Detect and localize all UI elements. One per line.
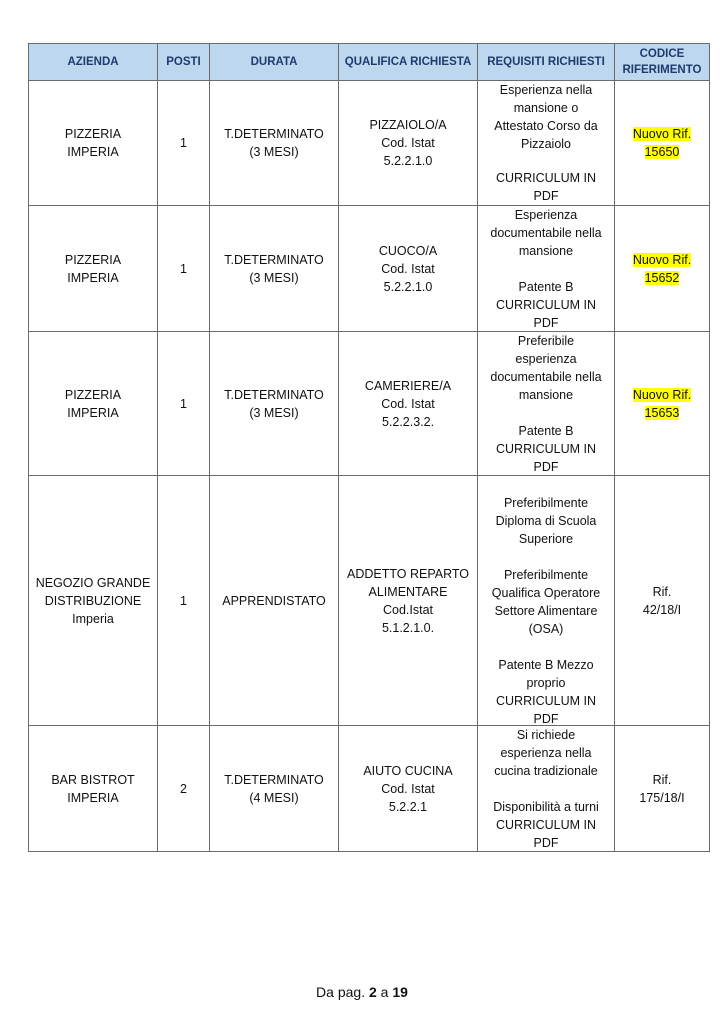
cell-durata: T.DETERMINATO (4 MESI) xyxy=(210,726,339,852)
footer-middle: a xyxy=(377,984,393,1000)
header-azienda: AZIENDA xyxy=(29,44,158,81)
cell-posti: 1 xyxy=(158,476,210,726)
cell-requisiti: Esperienza nella mansione o Attestato Co… xyxy=(478,81,615,206)
cell-durata: T.DETERMINATO (3 MESI) xyxy=(210,206,339,332)
codice-riferimento: Nuovo Rif. 15653 xyxy=(633,388,691,420)
page-footer: Da pag. 2 a 19 xyxy=(0,984,724,1000)
cell-qualifica: CAMERIERE/A Cod. Istat 5.2.2.3.2. xyxy=(339,332,478,476)
table-row: PIZZERIA IMPERIA 1 T.DETERMINATO (3 MESI… xyxy=(29,81,710,206)
cell-durata: APPRENDISTATO xyxy=(210,476,339,726)
table-row: PIZZERIA IMPERIA 1 T.DETERMINATO (3 MESI… xyxy=(29,332,710,476)
cell-durata: T.DETERMINATO (3 MESI) xyxy=(210,332,339,476)
header-codice: CODICE RIFERIMENTO xyxy=(615,44,710,81)
requisiti-curriculum: CURRICULUM IN PDF xyxy=(482,296,610,332)
table-row: NEGOZIO GRANDE DISTRIBUZIONE Imperia 1 A… xyxy=(29,476,710,726)
cell-qualifica: PIZZAIOLO/A Cod. Istat 5.2.2.1.0 xyxy=(339,81,478,206)
cell-azienda: PIZZERIA IMPERIA xyxy=(29,332,158,476)
requisiti-text: Preferibile esperienza documentabile nel… xyxy=(482,332,610,440)
requisiti-curriculum: CURRICULUM IN PDF xyxy=(482,816,610,852)
requisiti-curriculum: CURRICULUM IN PDF xyxy=(482,169,610,205)
codice-riferimento: Nuovo Rif. 15652 xyxy=(633,253,691,285)
requisiti-text: Esperienza nella mansione o Attestato Co… xyxy=(482,81,610,153)
job-offers-table: AZIENDA POSTI DURATA QUALIFICA RICHIESTA… xyxy=(28,43,710,852)
cell-azienda: PIZZERIA IMPERIA xyxy=(29,81,158,206)
cell-azienda: PIZZERIA IMPERIA xyxy=(29,206,158,332)
cell-requisiti: Esperienza documentabile nella mansione … xyxy=(478,206,615,332)
requisiti-text: Si richiede esperienza nella cucina trad… xyxy=(482,726,610,816)
cell-codice: Nuovo Rif. 15650 xyxy=(615,81,710,206)
cell-azienda: NEGOZIO GRANDE DISTRIBUZIONE Imperia xyxy=(29,476,158,726)
cell-requisiti: Preferibile esperienza documentabile nel… xyxy=(478,332,615,476)
requisiti-curriculum: CURRICULUM IN PDF xyxy=(482,692,610,728)
cell-requisiti: Preferibilmente Diploma di Scuola Superi… xyxy=(478,476,615,726)
cell-posti: 1 xyxy=(158,81,210,206)
footer-prefix: Da pag. xyxy=(316,984,369,1000)
cell-codice: Nuovo Rif. 15652 xyxy=(615,206,710,332)
table-row: BAR BISTROT IMPERIA 2 T.DETERMINATO (4 M… xyxy=(29,726,710,852)
total-pages-number: 19 xyxy=(392,984,408,1000)
cell-posti: 1 xyxy=(158,332,210,476)
cell-qualifica: CUOCO/A Cod. Istat 5.2.2.1.0 xyxy=(339,206,478,332)
cell-qualifica: ADDETTO REPARTO ALIMENTARE Cod.Istat 5.1… xyxy=(339,476,478,726)
cell-azienda: BAR BISTROT IMPERIA xyxy=(29,726,158,852)
codice-riferimento: Nuovo Rif. 15650 xyxy=(633,127,691,159)
header-posti: POSTI xyxy=(158,44,210,81)
cell-codice: Nuovo Rif. 15653 xyxy=(615,332,710,476)
cell-requisiti: Si richiede esperienza nella cucina trad… xyxy=(478,726,615,852)
requisiti-curriculum: CURRICULUM IN PDF xyxy=(482,440,610,476)
cell-posti: 2 xyxy=(158,726,210,852)
header-qualifica: QUALIFICA RICHIESTA xyxy=(339,44,478,81)
current-page-number: 2 xyxy=(369,984,377,1000)
cell-qualifica: AIUTO CUCINA Cod. Istat 5.2.2.1 xyxy=(339,726,478,852)
table-header-row: AZIENDA POSTI DURATA QUALIFICA RICHIESTA… xyxy=(29,44,710,81)
cell-durata: T.DETERMINATO (3 MESI) xyxy=(210,81,339,206)
header-durata: DURATA xyxy=(210,44,339,81)
header-requisiti: REQUISITI RICHIESTI xyxy=(478,44,615,81)
requisiti-text: Esperienza documentabile nella mansione … xyxy=(482,206,610,296)
cell-codice: Rif. 175/18/I xyxy=(615,726,710,852)
cell-posti: 1 xyxy=(158,206,210,332)
table-row: PIZZERIA IMPERIA 1 T.DETERMINATO (3 MESI… xyxy=(29,206,710,332)
requisiti-text: Preferibilmente Diploma di Scuola Superi… xyxy=(482,476,610,692)
cell-codice: Rif. 42/18/I xyxy=(615,476,710,726)
